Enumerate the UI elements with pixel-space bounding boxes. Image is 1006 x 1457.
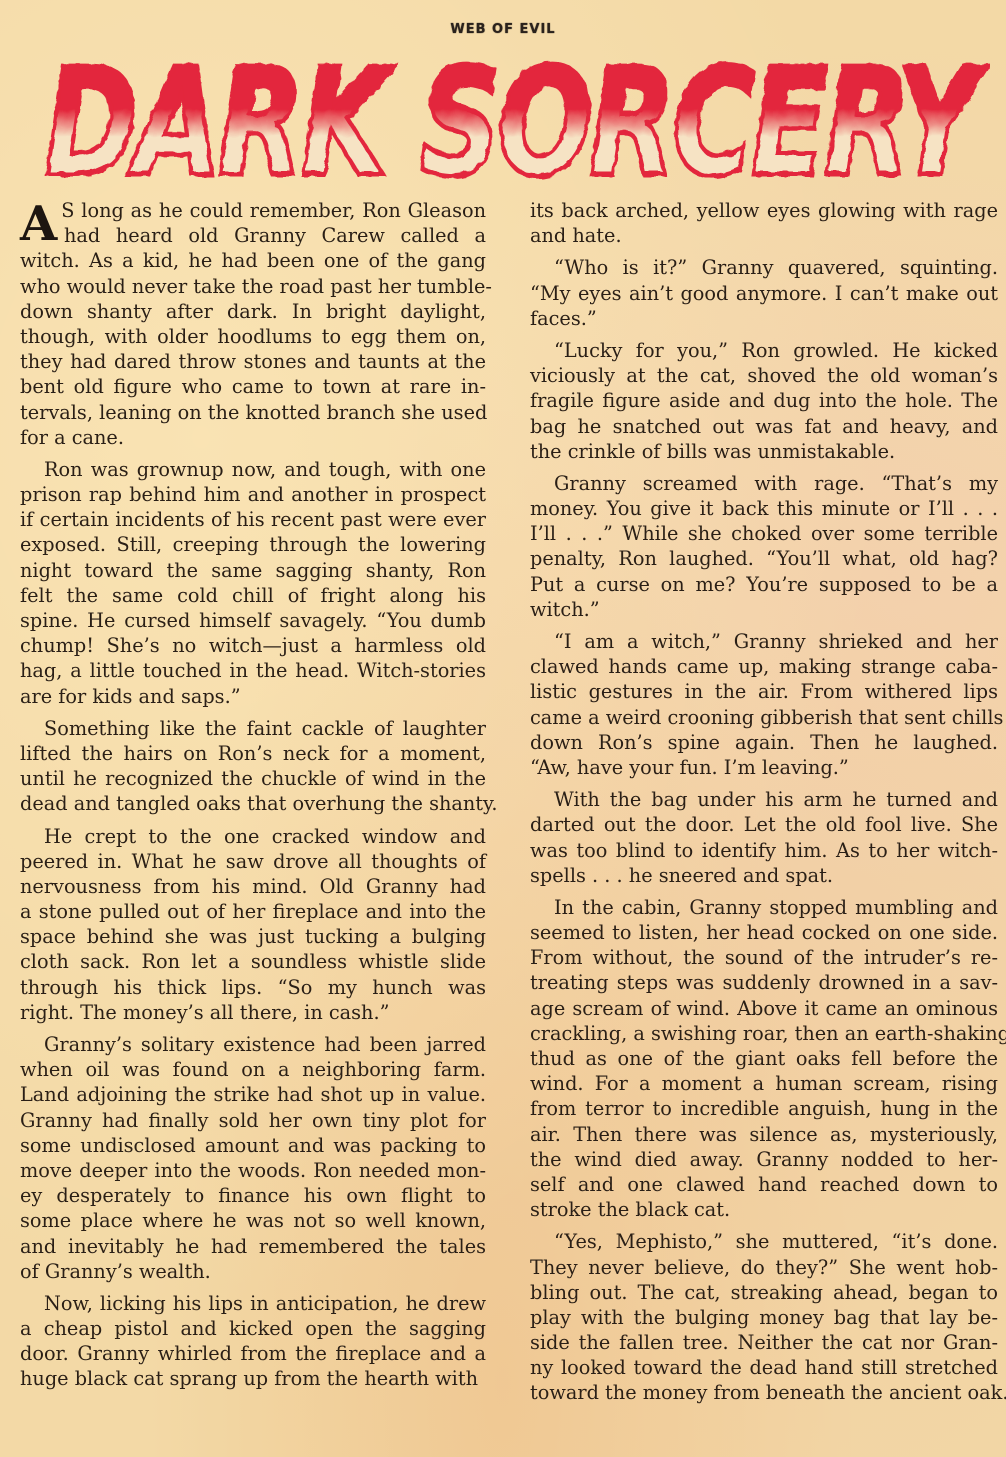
story-line: they had dared throw stones and taunts a… (20, 349, 486, 374)
story-line: right. The money’s all there, in cash.” (20, 1000, 486, 1025)
story-line: some undisclosed amount and was packing … (20, 1133, 486, 1158)
story-paragraph: its back arched, yellow eyes glowing wit… (530, 198, 998, 248)
story-line: if certain incidents of his recent past … (20, 507, 486, 532)
story-line: down Ron’s spine again. Then he laughed. (530, 730, 998, 755)
left-column: AS long as he could remember, Ron Gleaso… (20, 198, 486, 1399)
story-line: “Who is it?” Granny quavered, squinting. (530, 255, 998, 280)
story-line: tervals, leaning on the knotted branch s… (20, 400, 486, 425)
story-line: bent old figure who came to town at rare… (20, 374, 486, 399)
story-line: nervousness from his mind. Old Granny ha… (20, 874, 486, 899)
story-paragraph: “Lucky for you,” Ron growled. He kickedv… (530, 338, 998, 464)
story-paragraph: Granny’s solitary existence had been jar… (20, 1032, 486, 1284)
story-line: who would never take the road past her t… (20, 274, 486, 299)
story-line: money. You give it back this minute or I… (530, 496, 998, 521)
story-title: DARK SORCERY (30, 42, 990, 192)
story-line: Land adjoining the strike had shot up in… (20, 1082, 486, 1107)
story-line: a stone pulled out of her fireplace and … (20, 899, 486, 924)
story-line: In the cabin, Granny stopped mumbling an… (530, 895, 998, 920)
story-line: spine. He cursed himself savagely. “You … (20, 608, 486, 633)
story-line: Put a curse on me? You’re supposed to be… (530, 572, 998, 597)
story-line: air. Then there was silence as, mysterio… (530, 1122, 998, 1147)
story-line: exposed. Still, creeping through the low… (20, 532, 486, 557)
story-line: stroke the black cat. (530, 1197, 998, 1222)
story-line: Ron was grownup now, and tough, with one (20, 457, 486, 482)
story-line: Granny’s solitary existence had been jar… (20, 1032, 486, 1057)
story-line: hag, a little touched in the head. Witch… (20, 658, 486, 683)
story-paragraph: “Yes, Mephisto,” she muttered, “it’s don… (530, 1229, 998, 1405)
story-line: though, with older hoodlums to egg them … (20, 324, 486, 349)
story-line: dead and tangled oaks that overhung the … (20, 791, 486, 816)
story-line: ny looked toward the dead hand still str… (530, 1355, 998, 1380)
story-line: From without, the sound of the intruder’… (530, 945, 998, 970)
story-paragraph: Granny screamed with rage. “That’s mymon… (530, 471, 998, 622)
story-line: was too blind to identify him. As to her… (530, 838, 998, 863)
story-line: witch. As a kid, he had been one of the … (20, 248, 486, 273)
story-line: move deeper into the woods. Ron needed m… (20, 1158, 486, 1183)
story-line: crackling, a swishing roar, then an eart… (530, 1021, 998, 1046)
story-line: They never believe, do they?” She went h… (530, 1255, 998, 1280)
story-line: came a weird crooning gibberish that sen… (530, 705, 998, 730)
story-line: chump! She’s no witch—just a harmless ol… (20, 633, 486, 658)
story-line: “My eyes ain’t good anymore. I can’t mak… (530, 281, 998, 306)
story-line: clawed hands came up, making strange cab… (530, 654, 998, 679)
story-line: night toward the same sagging shanty, Ro… (20, 558, 486, 583)
story-line: when oil was found on a neighboring farm… (20, 1057, 486, 1082)
story-line: huge black cat sprang up from the hearth… (20, 1366, 486, 1391)
story-line: “Yes, Mephisto,” she muttered, “it’s don… (530, 1229, 998, 1254)
story-line: witch.” (530, 597, 998, 622)
story-line: door. Granny whirled from the fireplace … (20, 1341, 486, 1366)
story-line: faces.” (530, 306, 998, 331)
story-paragraph: With the bag under his arm he turned and… (530, 787, 998, 888)
story-paragraph: In the cabin, Granny stopped mumbling an… (530, 895, 998, 1222)
story-line: its back arched, yellow eyes glowing wit… (530, 198, 998, 223)
story-line: fragile figure aside and dug into the ho… (530, 388, 998, 413)
right-column: its back arched, yellow eyes glowing wit… (530, 198, 998, 1413)
story-line: bag he snatched out was fat and heavy, a… (530, 414, 998, 439)
story-line: Now, licking his lips in anticipation, h… (20, 1291, 486, 1316)
story-line: felt the same cold chill of fright along… (20, 583, 486, 608)
story-line: a cheap pistol and kicked open the saggi… (20, 1316, 486, 1341)
story-line: He crept to the one cracked window and (20, 824, 486, 849)
story-line: self and one clawed hand reached down to (530, 1172, 998, 1197)
story-line: bling out. The cat, streaking ahead, beg… (530, 1280, 998, 1305)
story-line: thud as one of the giant oaks fell befor… (530, 1046, 998, 1071)
story-line: wind. For a moment a human scream, risin… (530, 1071, 998, 1096)
story-line: I’ll . . .” While she choked over some t… (530, 521, 998, 546)
story-title-text: DARK SORCERY (45, 42, 988, 192)
story-paragraph: Now, licking his lips in anticipation, h… (20, 1291, 486, 1392)
story-line: ey desperately to finance his own flight… (20, 1183, 486, 1208)
story-line: are for kids and saps.” (20, 684, 486, 709)
story-line: toward the money from beneath the ancien… (530, 1380, 998, 1405)
story-line: penalty, Ron laughed. “You’ll what, old … (530, 546, 998, 571)
story-line: With the bag under his arm he turned and (530, 787, 998, 812)
story-line: down shanty after dark. In bright daylig… (20, 299, 486, 324)
story-paragraph: AS long as he could remember, Ron Gleaso… (20, 198, 486, 450)
story-title-graphic: DARK SORCERY (30, 42, 990, 192)
story-line: Granny screamed with rage. “That’s my (530, 471, 998, 496)
story-line: some place where he was not so well know… (20, 1208, 486, 1233)
story-paragraph: Ron was grownup now, and tough, with one… (20, 457, 486, 709)
story-line: Granny had finally sold her own tiny plo… (20, 1108, 486, 1133)
story-line: darted out the door. Let the old fool li… (530, 812, 998, 837)
story-paragraph: “I am a witch,” Granny shrieked and herc… (530, 629, 998, 780)
story-line: the wind died away. Granny nodded to her… (530, 1147, 998, 1172)
story-line: peered in. What he saw drove all thought… (20, 849, 486, 874)
story-paragraph: “Who is it?” Granny quavered, squinting.… (530, 255, 998, 331)
story-line: for a cane. (20, 425, 486, 450)
story-line: “Lucky for you,” Ron growled. He kicked (530, 338, 998, 363)
story-line: play with the bulging money bag that lay… (530, 1305, 998, 1330)
story-line: seemed to listen, her head cocked on one… (530, 920, 998, 945)
story-line: age scream of wind. Above it came an omi… (530, 996, 998, 1021)
story-line: S long as he could remember, Ron Gleason (20, 198, 486, 223)
story-line: listic gestures in the air. From withere… (530, 679, 998, 704)
story-line: cloth sack. Ron let a soundless whistle … (20, 949, 486, 974)
story-line: lifted the hairs on Ron’s neck for a mom… (20, 741, 486, 766)
story-line: from terror to incredible anguish, hung … (530, 1096, 998, 1121)
story-line: prison rap behind him and another in pro… (20, 482, 486, 507)
story-paragraph: Something like the faint cackle of laugh… (20, 716, 486, 817)
story-line: space behind she was just tucking a bulg… (20, 924, 486, 949)
story-line: and hate. (530, 223, 998, 248)
story-line: and inevitably he had remembered the tal… (20, 1234, 486, 1259)
story-paragraph: He crept to the one cracked window andpe… (20, 824, 486, 1026)
story-line: treating steps was suddenly drowned in a… (530, 970, 998, 995)
story-line: side the fallen tree. Neither the cat no… (530, 1330, 998, 1355)
publication-masthead: WEB OF EVIL (0, 22, 1006, 37)
story-line: Something like the faint cackle of laugh… (20, 716, 486, 741)
story-line: viciously at the cat, shoved the old wom… (530, 363, 998, 388)
story-line: “Aw, have your fun. I’m leaving.” (530, 755, 998, 780)
story-line: of Granny’s wealth. (20, 1259, 486, 1284)
story-line: spells . . . he sneered and spat. (530, 863, 998, 888)
story-line: had heard old Granny Carew called a (20, 223, 486, 248)
story-line: through his thick lips. “So my hunch was (20, 975, 486, 1000)
drop-cap: A (20, 202, 57, 246)
story-line: the crinkle of bills was unmistakable. (530, 439, 998, 464)
story-line: “I am a witch,” Granny shrieked and her (530, 629, 998, 654)
story-line: until he recognized the chuckle of wind … (20, 766, 486, 791)
